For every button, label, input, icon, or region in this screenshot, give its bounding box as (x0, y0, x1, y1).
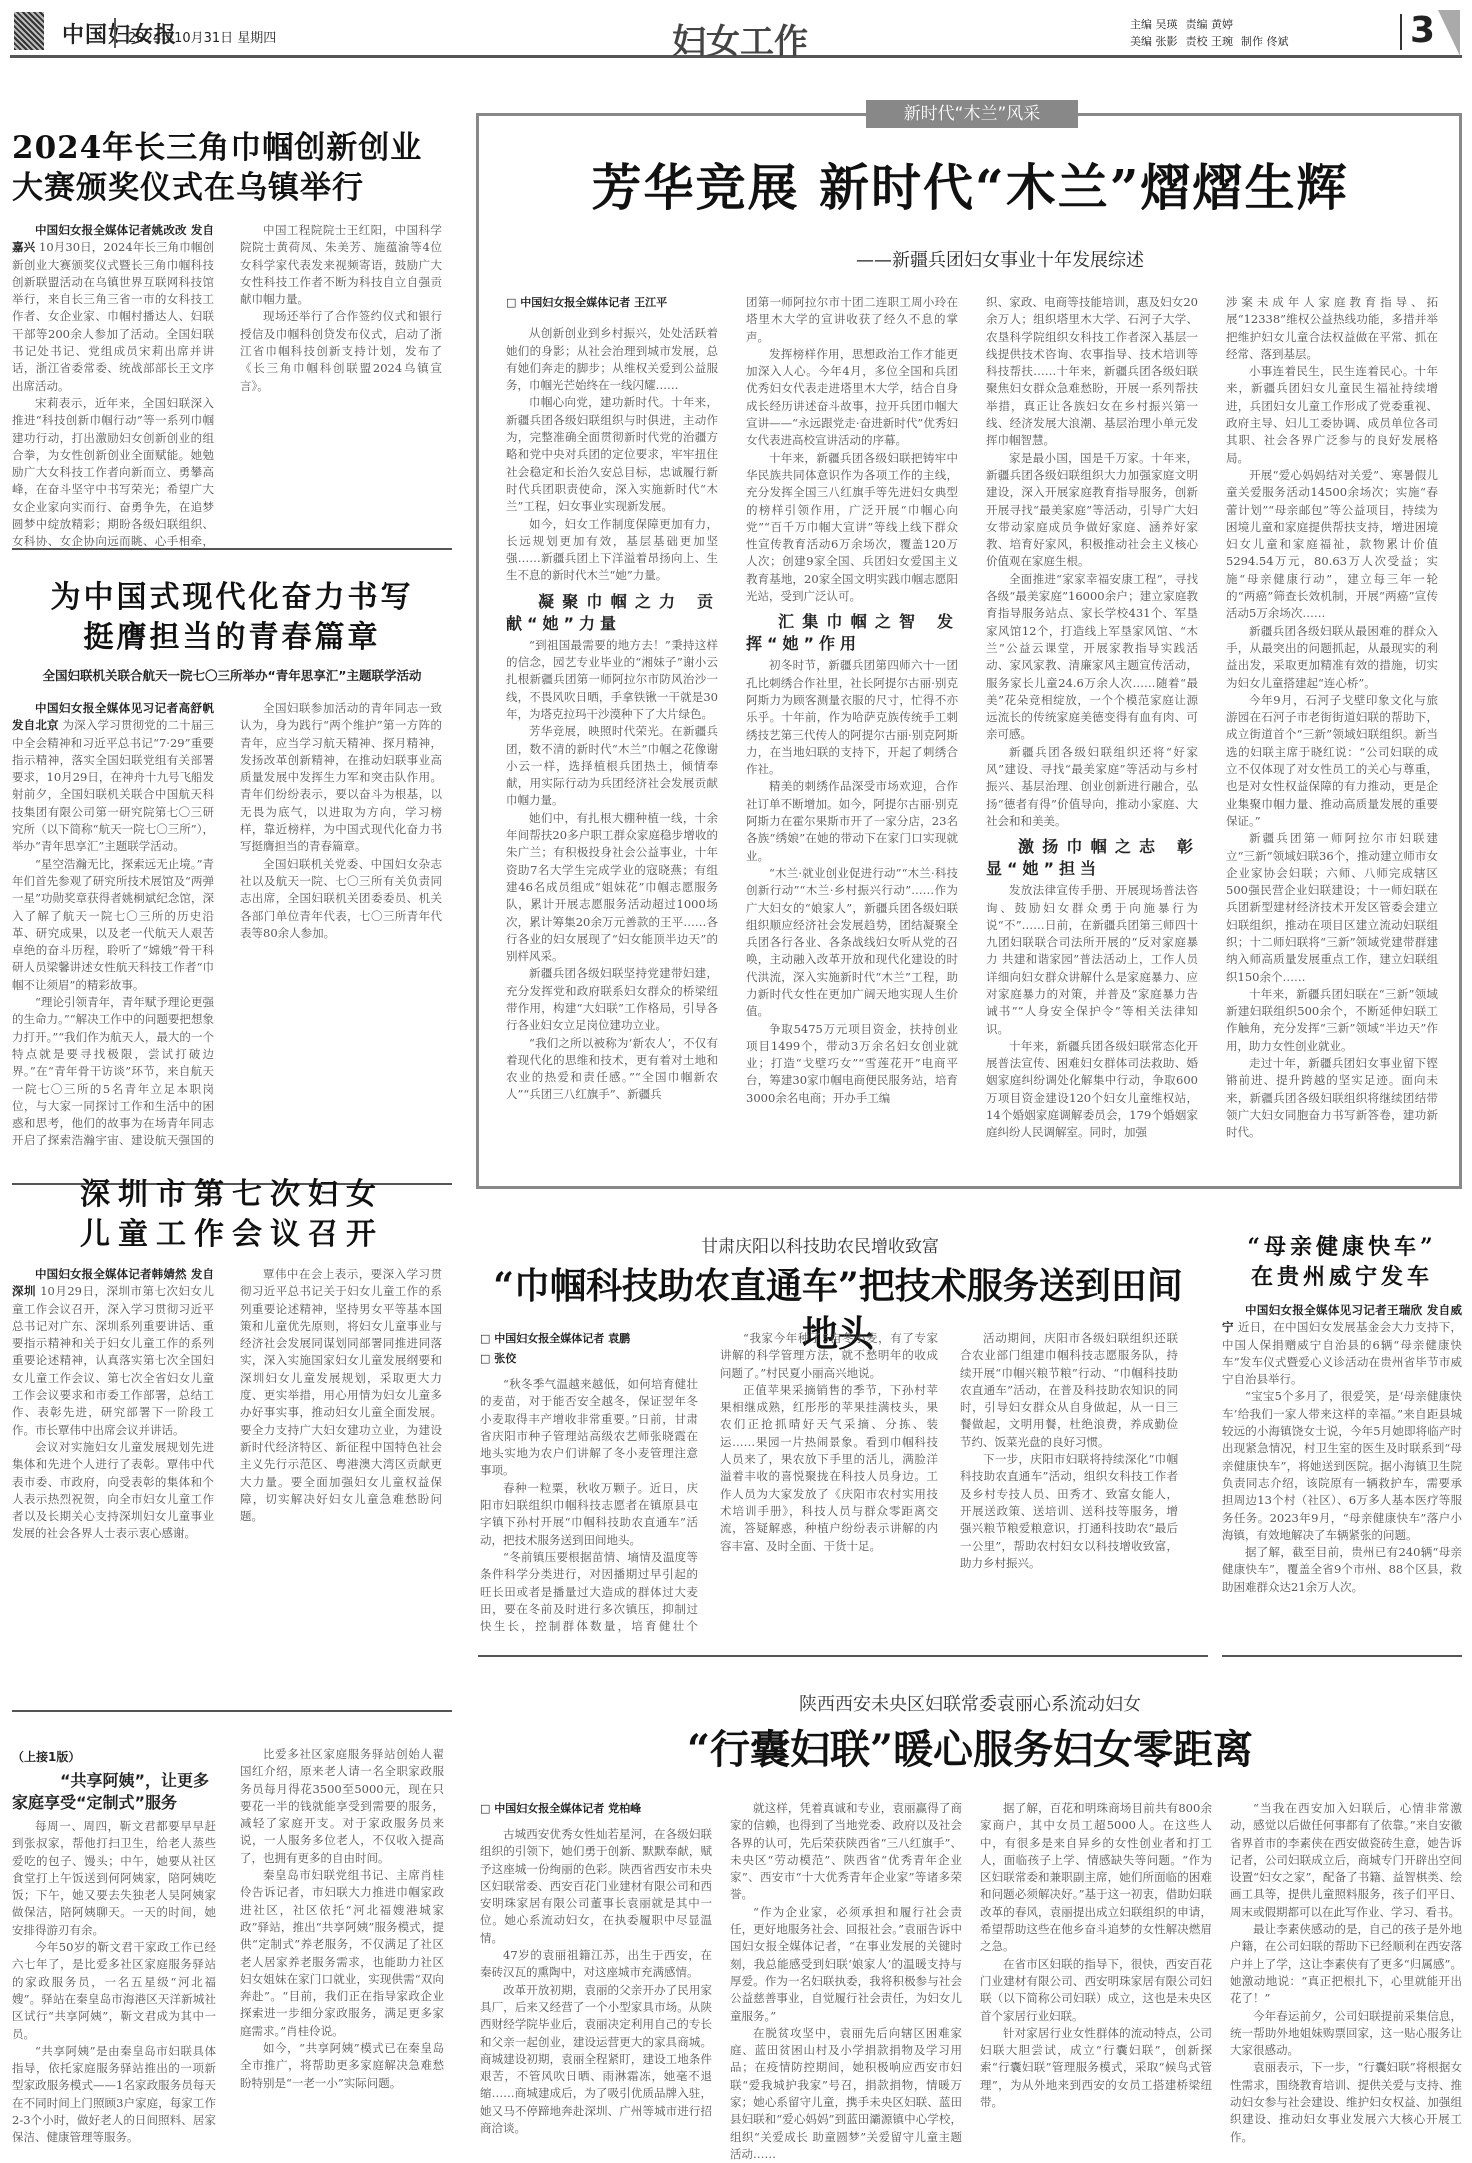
byline-block: □ 中国妇女报全媒体记者 党柏峰 (480, 1800, 710, 1816)
credit-chief-editor: 主编 吴瑛 (1130, 18, 1178, 31)
paragraph: 春种一粒粟，秋收万颗子。近日，庆阳市妇联组织巾帼科技志愿者在镇原县屯字镇下孙村开… (480, 1480, 698, 1549)
paragraph: 家是最小国，国是千万家。十年来，新疆兵团各级妇联组织大力加强家庭文明建设，深入开… (986, 450, 1198, 571)
paragraph: 团第一师阿拉尔市十团二连职工周小玲在塔里木大学的宣讲收获了经久不息的掌声。 (746, 294, 958, 346)
section-title: 妇女工作 (672, 14, 808, 63)
credit-producer: 制作 佟斌 (1241, 35, 1289, 48)
paragraph: “当我在西安加入妇联后，心情非常激动，感觉以后做任何事都有了依靠。”来自安徽省界… (1230, 1800, 1462, 1921)
paragraph: 巾帼心向党，建功新时代。十年来，新疆兵团各级妇联组织与时俱进，主动作为，完整准确… (506, 394, 718, 515)
paragraph: 十年来，新疆兵团各级妇联常态化开展普法宣传、困难妇女群体司法救助、婚姻家庭纠纷调… (986, 1038, 1198, 1142)
article-column: “当我在西安加入妇联后，心情非常激动，感觉以后做任何事都有了依靠。”来自安徽省界… (1230, 1800, 1462, 2160)
headline-line: 深圳市第七次妇女 (12, 1175, 452, 1215)
paragraph: 会议对实施妇女儿童发展规划先进集体和先进个人进行了表彰。覃伟中代表市委、市政府，… (12, 1439, 214, 1543)
paragraph: 据了解，截至目前，贵州已有240辆“母亲健康快车”，覆盖全省9个市州、88个区县… (1222, 1544, 1462, 1596)
byline: □ 张佼 (480, 1350, 640, 1366)
paragraph: 精美的刺绣作品深受市场欢迎，合作社订单不断增加。如今，阿提尔古丽·别克阿斯力在霍… (746, 778, 958, 864)
paragraph: “冬前镇压要根据苗情、墒情及温度等条件科学分类进行，对因播期过早引起的旺长田或者… (480, 1549, 698, 1636)
paragraph: 为深入学习贯彻党的二十届三中全会精神和习近平总书记“7·29”重要指示精神，落实… (12, 718, 214, 853)
paragraph: 10月29日，深圳市第七次妇女儿童工作会议召开，深入学习贯彻习近平总书记对广东、… (12, 1284, 214, 1436)
paragraph: 10月30日，2024年长三角巾帼创新创业大赛颁奖仪式暨长三角巾帼科技创新联盟活… (12, 240, 214, 392)
article-column: 中国妇女报全媒体记者姚改改 发自嘉兴 10月30日，2024年长三角巾帼创新创业… (12, 222, 214, 550)
article-column: “秋冬季气温越来越低，如何培育健壮的麦苗，对于能否安全越冬，保证翌年冬小麦取得丰… (480, 1376, 698, 1636)
paragraph: 从创新创业到乡村振兴，处处活跃着她们的身影；从社会治理到城市发展，总有她们奔走的… (506, 325, 718, 394)
qr-code-icon[interactable] (14, 12, 44, 50)
continued-label: （上接1版） (12, 1748, 80, 1765)
paragraph: “作为企业家，必须承担和履行社会责任，更好地服务社会、回报社会。”袁丽告诉中国妇… (730, 1904, 962, 2025)
paragraph: 今年春运前夕，公司妇联提前采集信息，统一帮助外地姐妹购票回家，这一贴心服务让大家… (1230, 2008, 1462, 2060)
paragraph: “我们之所以被称为‘新农人’，不仅有着现代化的思维和技术，更有着对土地和农业的热… (506, 1035, 718, 1104)
paragraph: 改革开放初期，袁丽的父亲开办了民用家具厂，后来又经营了一个小型家具市场。从陕西财… (480, 1982, 712, 2138)
byline-text: 中国妇女报全媒体记者 袁鹏 (494, 1332, 630, 1345)
credit-proofreader: 责校 王琬 (1186, 35, 1234, 48)
paragraph: 每周一、周四，靳文君都要早早赶到张叔家，帮他打扫卫生，给老人蒸些爱吃的包子、馒头… (12, 1818, 216, 1939)
paragraph: 秦皇岛市妇联党组书记、主席肖桂伶告诉记者，市妇联大力推进巾帼家政进社区，社区依托… (240, 1867, 444, 2040)
kicker: 甘肃庆阳以科技助农民增收致富 (580, 1232, 1060, 1257)
headline-line: 儿童工作会议召开 (12, 1215, 452, 1255)
paragraph: 十年来，新疆兵团妇联在“三新”领域新建妇联组织500余个，不断延伸妇联工作触角，… (1226, 986, 1438, 1055)
paragraph: 比爱多社区家庭服务驿站创始人翟国红介绍，原来老人请一名全职家政服务员每月得花35… (240, 1746, 444, 1867)
paragraph: 全面推进“家家幸福安康工程”，寻找各级“最美家庭”16000余户；建立家庭教育指… (986, 571, 1198, 744)
headline-line: 为中国式现代化奋力书写 (12, 578, 452, 618)
paragraph: 如今，“共享阿姨”模式已在秦皇岛全市推广，将帮助更多家庭解决急难愁盼特别是“一老… (240, 2040, 444, 2092)
paragraph: 据了解，百花和明珠商场目前共有800余家商户，其中女员工超5000人。在这些人中… (980, 1800, 1212, 1956)
column-kicker: 新时代“木兰”风采 (866, 100, 1078, 128)
page-number: 3 (1410, 10, 1435, 51)
paragraph: 初冬时节，新疆兵团第四师六十一团孔比刺绣合作社里，社长阿提尔古丽·别克阿斯力为顾… (746, 657, 958, 778)
paragraph: 全国妇联参加活动的青年同志一致认为，身为践行“两个维护”第一方阵的青年，应当学习… (240, 700, 442, 856)
paragraph: 走过十年，新疆兵团妇女事业留下铿锵前进、提升跨越的坚实足迹。面向未来，新疆兵团各… (1226, 1055, 1438, 1141)
paragraph: 就这样，凭着真诚和专业，袁丽赢得了商家的信赖，也得到了当地党委、政府以及社会各界… (730, 1800, 962, 1904)
paragraph: 争取5475万元项目资金，扶持创业项目1499个，带动3万余名妇女创业就业；打造… (746, 1021, 958, 1107)
paragraph: 全国妇联机关党委、中国妇女杂志社以及航天一院、七〇三所有关负责同志出席，全国妇联… (240, 856, 442, 942)
feature-subheadline: ——新疆兵团妇女事业十年发展综述 (700, 246, 1300, 272)
paragraph: 开展“爱心妈妈结对关爱”、寒暑假儿童关爱服务活动14500余场次；实施“春蕾计划… (1226, 467, 1438, 623)
paragraph: 织、家政、电商等技能培训，惠及妇女20余万人；组织塔里木大学、石河子大学、农垦科… (986, 294, 1198, 450)
byline-text: 张佼 (494, 1352, 516, 1365)
section-subhead: 激扬巾帼之志 彰显“她”担当 (986, 836, 1198, 880)
paragraph: 中国工程院院士王红阳，中国科学院院士黄荷凤、朱美芳、施蕴渝等4位女科学家代表发来… (240, 222, 442, 308)
article-column: 古城西安优秀女性灿若星河，在各级妇联组织的引领下，她们勇于创新、默默奉献，赋予这… (480, 1826, 712, 2160)
article-column: 团第一师阿拉尔市十团二连职工周小玲在塔里木大学的宣讲收获了经久不息的掌声。 发挥… (746, 294, 958, 1174)
paragraph: 新疆兵团各级妇联从最困难的群众入手，从最突出的问题抓起，从最现实的利益出发，采取… (1226, 623, 1438, 692)
feature-headline: 芳华竞展 新时代“木兰”熠熠生辉 (500, 158, 1440, 218)
paragraph: 新疆兵团各级妇联组织还将“好家风”建设、寻找“最美家庭”等活动与乡村振兴、基层治… (986, 744, 1198, 830)
subheadline: 全国妇联机关联合航天一院七〇三所举办“青年思享汇”主题联学活动 (12, 666, 452, 684)
kicker: 陕西西安未央区妇联常委袁丽心系流动妇女 (600, 1690, 1340, 1716)
headline-line: 大赛颁奖仪式在乌镇举行 (12, 168, 452, 208)
paragraph: 发放法律宣传手册、开展现场普法咨询、鼓励妇女群众勇于向施暴行为说“不”……日前，… (986, 882, 1198, 1038)
byline-block: □ 中国妇女报全媒体记者 袁鹏 □ 张佼 (480, 1330, 640, 1366)
credit-editor: 责编 黄婷 (1186, 18, 1234, 31)
paragraph: 发挥榜样作用，思想政治工作才能更加深入人心。今年4月，多位全国和兵团优秀妇女代表… (746, 346, 958, 450)
article-column: 覃伟中在会上表示，要深入学习贯彻习近平总书记关于妇女儿童工作的系列重要论述精神，… (240, 1266, 442, 1686)
section-divider (12, 548, 452, 550)
headline: 2024年长三角巾帼创新创业 大赛颁奖仪式在乌镇举行 (12, 128, 452, 208)
byline: □ 中国妇女报全媒体记者 袁鹏 (480, 1330, 640, 1346)
byline: □ 中国妇女报全媒体记者 王江平 (506, 294, 718, 311)
article-column: 据了解，百花和明珠商场目前共有800余家商户，其中女员工超5000人。在这些人中… (980, 1800, 1212, 2160)
paragraph: 针对家居行业女性群体的流动特点，公司妇联大胆尝试，成立“行囊妇联”，创新探索“行… (980, 2025, 1212, 2111)
section-divider (12, 1710, 452, 1712)
paragraph: 新疆兵团第一师阿拉尔市妇联建立“三新”领域妇联36个，推动建立师市女企业家协会妇… (1226, 830, 1438, 986)
paragraph: 今年9月，石河子戈壁印象文化与旅游园在石河子市老街街道妇联的帮助下，成立街道首个… (1226, 692, 1438, 830)
section-subhead: 汇集巾帼之智 发挥“她”作用 (746, 611, 958, 655)
paragraph: 芳华竞展，映照时代荣光。在新疆兵团，数不清的新时代“木兰”巾帼之花像谢小云一样，… (506, 723, 718, 809)
byline-text: 中国妇女报全媒体记者 党柏峰 (494, 1802, 641, 1815)
paragraph: “共享阿姨”是由秦皇岛市妇联具体指导，依托家庭服务驿站推出的一项新型家政服务模式… (12, 2043, 216, 2147)
paragraph: 活动期间，庆阳市各级妇联组织还联合农业部门组建巾帼科技志愿服务队，持续开展“巾帼… (960, 1330, 1178, 1451)
paragraph: 如今，妇女工作制度保障更加有力，长远规划更加有效，基层基础更加坚强……新疆兵团上… (506, 516, 718, 585)
paragraph: 正值苹果采摘销售的季节，下孙村苹果相继成熟，红彤彤的苹果挂满枝头，果农们正抢抓晴… (720, 1382, 938, 1555)
paragraph: 十年来，新疆兵团各级妇联把铸牢中华民族共同体意识作为各项工作的主线，充分发挥全国… (746, 450, 958, 606)
headline: 为中国式现代化奋力书写 挺膺担当的青春篇章 (12, 578, 452, 658)
divider (114, 18, 116, 48)
article-column: 就这样，凭着真诚和专业，袁丽赢得了商家的信赖，也得到了当地党委、政府以及社会各界… (730, 1800, 962, 2160)
article-column: 全国妇联参加活动的青年同志一致认为，身为践行“两个维护”第一方阵的青年，应当学习… (240, 700, 442, 1150)
headline: 深圳市第七次妇女 儿童工作会议召开 (12, 1175, 452, 1255)
paragraph: 她们中，有扎根大棚种植一线，十余年间帮扶20多户职工群众家庭稳步增收的朱广兰；有… (506, 810, 718, 966)
article-column: 活动期间，庆阳市各级妇联组织还联合农业部门组建巾帼科技志愿服务队，持续开展“巾帼… (960, 1330, 1178, 1636)
paragraph: 涉案未成年人家庭教育指导、拓展“12338”维权公益热线功能，多措并举把维护妇女… (1226, 294, 1438, 363)
article-column: 织、家政、电商等技能培训，惠及妇女20余万人；组织塔里木大学、石河子大学、农垦科… (986, 294, 1198, 1174)
headline: “共享阿姨”，让更多家庭享受“定制式”服务 (12, 1770, 218, 1814)
paragraph: 宋莉表示，近年来，全国妇联深入推进“科技创新巾帼行动”等一系列巾帼建功行动，打出… (12, 395, 214, 550)
section-divider (478, 1655, 1208, 1657)
article-column: “我家今年种了5亩冬小麦，有了专家讲解的科学管理方法，就不愁明年的收成问题了。”… (720, 1330, 938, 1636)
paragraph: 近日，在中国妇女发展基金会大力支持下，中国人保捐赠威宁自治县的6辆“母亲健康快车… (1222, 1320, 1462, 1386)
paragraph: 在脱贫攻坚中，袁丽先后向辖区困难家庭、蓝田贫困山村及小学捐款捐物及学习用品；在疫… (730, 2025, 962, 2160)
paragraph: “理论引领青年，青年赋予理论更强的生命力。”“解决工作中的问题要把想象力打开。”… (12, 994, 214, 1150)
paragraph: 古城西安优秀女性灿若星河，在各级妇联组织的引领下，她们勇于创新、默默奉献，赋予这… (480, 1826, 712, 1947)
headline-line: “母亲健康快车” (1220, 1232, 1464, 1262)
headline: “母亲健康快车” 在贵州威宁发车 (1220, 1232, 1464, 1292)
paragraph: “木兰·就业创业促进行动”“木兰·科技创新行动”“木兰·乡村振兴行动”……作为广… (746, 865, 958, 1021)
page-corner-tab (1438, 10, 1460, 56)
paragraph: “秋冬季气温越来越低，如何培育健壮的麦苗，对于能否安全越冬，保证翌年冬小麦取得丰… (480, 1376, 698, 1480)
paragraph: 小事连着民生，民生连着民心。十年来，新疆兵团妇女儿童民生福祉持续增进，兵团妇女儿… (1226, 363, 1438, 467)
paragraph: 在省市区妇联的指导下，很快，西安百花门业建材有限公司、西安明珠家居有限公司妇联（… (980, 1956, 1212, 2025)
article-column: 每周一、周四，靳文君都要早早赶到张叔家，帮他打扫卫生，给老人蒸些爱吃的包子、馒头… (12, 1818, 216, 2160)
paragraph: “星空浩瀚无比，探索远无止境。”青年们首先参观了研究所技术展馆及“两弹一星”功勋… (12, 856, 214, 994)
masthead: 中国妇女报 2024年10月31日 星期四 妇女工作 主编 吴瑛责编 黄婷 美编… (10, 10, 1462, 58)
article-column: 涉案未成年人家庭教育指导、拓展“12338”维权公益热线功能，多措并举把维护妇女… (1226, 294, 1438, 1174)
paragraph: 新疆兵团各级妇联坚持党建带妇建，充分发挥党和政府联系妇女群众的桥梁纽带作用，构建… (506, 965, 718, 1034)
article-column: 中国工程院院士王红阳，中国科学院院士黄荷凤、朱美芳、施蕴渝等4位女科学家代表发来… (240, 222, 442, 395)
editor-credits: 主编 吴瑛责编 黄婷 美编 张影责校 王琬制作 佟斌 (1130, 16, 1297, 50)
paragraph: 今年50岁的靳文君干家政工作已经六七年了，是比爱多社区家庭服务驿站的家政服务员，… (12, 1939, 216, 2043)
divider (1400, 14, 1402, 50)
paragraph: 现场还举行了合作签约仪式和银行授信及巾帼科创贷发布仪式，启动了浙江省巾帼科技创新… (240, 308, 442, 394)
article-column: 中国妇女报全媒体见习记者高舒帆 发自北京 为深入学习贯彻党的二十届三中全会精神和… (12, 700, 214, 1150)
paragraph: 袁丽表示，下一步，“行囊妇联”将根据女性需求，围绕教育培训、提供关爱与支持、推动… (1230, 2059, 1462, 2145)
paragraph: 覃伟中在会上表示，要深入学习贯彻习近平总书记关于妇女儿童工作的系列重要论述精神，… (240, 1266, 442, 1525)
section-subhead: 凝聚巾帼之力 贡献“她”力量 (506, 591, 718, 635)
byline-text: 中国妇女报全媒体记者 王江平 (520, 296, 667, 309)
credit-art-editor: 美编 张影 (1130, 35, 1178, 48)
paragraph: “我家今年种了5亩冬小麦，有了专家讲解的科学管理方法，就不愁明年的收成问题了。”… (720, 1330, 938, 1382)
paragraph: 47岁的袁丽祖籍江苏，出生于西安，在秦砖汉瓦的熏陶中，对这座城市充满感情。 (480, 1947, 712, 1982)
paragraph: 最让李素侠感动的是，自己的孩子是外地户籍，在公司妇联的帮助下已经顺利在西安落户并… (1230, 1921, 1462, 2007)
headline-line: 挺膺担当的青春篇章 (12, 618, 452, 658)
section-divider (1222, 1655, 1462, 1657)
article-column: 比爱多社区家庭服务驿站创始人翟国红介绍，原来老人请一名全职家政服务员每月得花35… (240, 1746, 444, 2160)
paragraph: “宝宝5个多月了，很爱笑，是‘母亲健康快车’给我们一家人带来这样的幸福。”来自距… (1222, 1388, 1462, 1544)
paragraph: 下一步，庆阳市妇联将持续深化“巾帼科技助农直通车”活动，组织女科技工作者及乡村专… (960, 1451, 1178, 1572)
article-column: □ 中国妇女报全媒体记者 王江平 从创新创业到乡村振兴，处处活跃着她们的身影；从… (506, 294, 718, 1174)
headline: “行囊妇联”暖心服务妇女零距离 (478, 1724, 1462, 1776)
paragraph: “到祖国最需要的地方去！”秉持这样的信念，园艺专业毕业的“湘妹子”谢小云扎根新疆… (506, 637, 718, 723)
article-column: 中国妇女报全媒体见习记者王瑞欣 发自威宁 近日，在中国妇女发展基金会大力支持下，… (1222, 1302, 1462, 1642)
article-column: 中国妇女报全媒体记者韩婧然 发自深圳 10月29日，深圳市第七次妇女儿童工作会议… (12, 1266, 214, 1686)
issue-date: 2024年10月31日 星期四 (128, 27, 276, 46)
headline-line: 在贵州威宁发车 (1220, 1262, 1464, 1292)
headline-line: 2024年长三角巾帼创新创业 (12, 128, 452, 168)
byline: □ 中国妇女报全媒体记者 党柏峰 (480, 1800, 710, 1816)
